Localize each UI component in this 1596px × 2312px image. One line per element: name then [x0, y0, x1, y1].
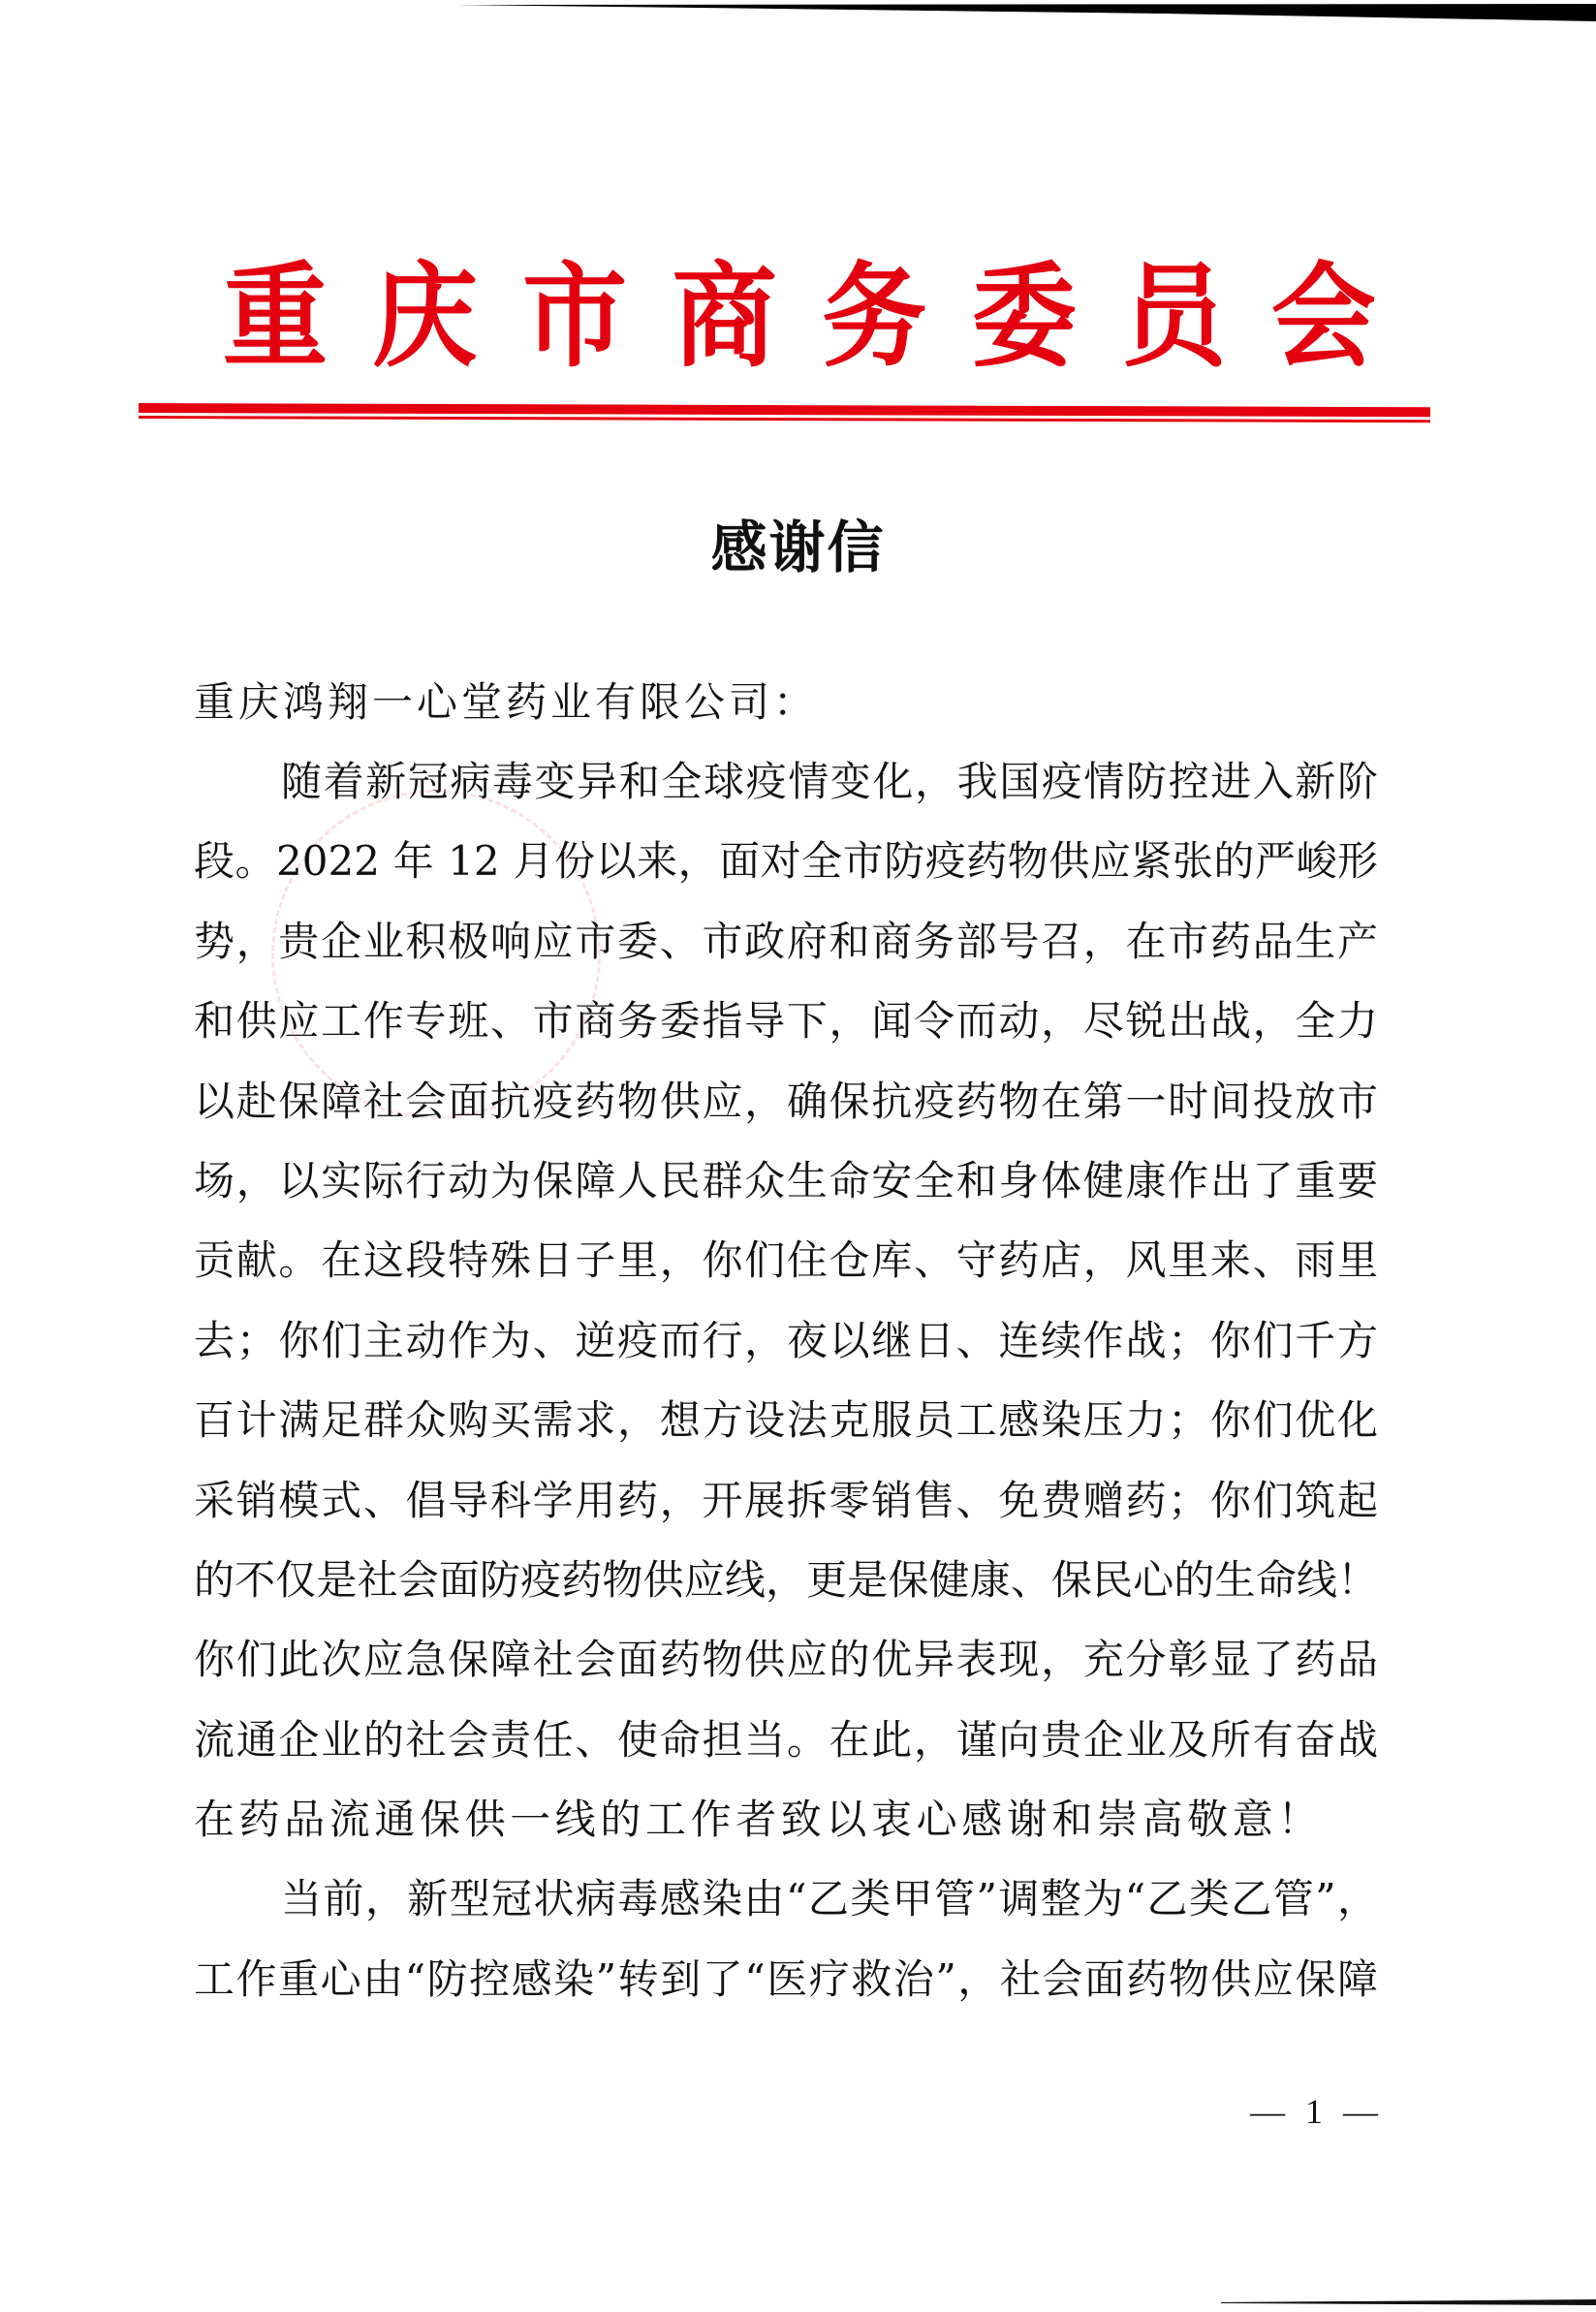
- body-line: 工作重心由“防控感染”转到了“医疗救治”，社会面药物供应保障: [194, 1955, 1378, 2035]
- body-line: 随着新冠病毒变异和全球疫情变化，我国疫情防控进入新阶: [194, 758, 1378, 837]
- letterhead-char: 庆: [368, 261, 483, 374]
- body-line: 去；你们主动作为、逆疫而行，夜以继日、连续作战；你们千方: [194, 1317, 1378, 1396]
- letterhead-char: 务: [817, 261, 931, 374]
- letterhead-char: 重: [218, 261, 332, 374]
- letterhead-char: 委: [967, 261, 1081, 374]
- body-line: 采销模式、倡导科学用药，开展拆零销售、免费赠药；你们筑起: [194, 1477, 1378, 1556]
- page-number: — 1 —: [1250, 2091, 1384, 2132]
- letterhead-char: 员: [1116, 261, 1231, 374]
- body-line: 以赴保障社会面抗疫药物供应，确保抗疫药物在第一时间投放市: [194, 1078, 1378, 1157]
- letterhead-char: 会: [1267, 261, 1381, 374]
- body-line: 势，贵企业积极响应市委、市政府和商务部号召，在市药品生产: [194, 918, 1378, 997]
- body-line: 段。2022 年 12 月份以来，面对全市防疫药物供应紧张的严峻形: [194, 837, 1378, 917]
- letterhead-rule-thick: [139, 403, 1430, 417]
- body-line: 流通企业的社会责任、使命担当。在此，谨向贵企业及所有奋战: [194, 1716, 1378, 1796]
- scan-edge-bottom: [1221, 2296, 1596, 2306]
- letterhead-title: 重 庆 市 商 务 委 员 会: [218, 249, 1381, 385]
- body-line: 和供应工作专班、市商务委指导下，闻令而动，尽锐出战，全力: [194, 997, 1378, 1077]
- letterhead-char: 商: [668, 261, 782, 374]
- body-line: 百计满足群众购买需求，想方设法克服员工感染压力；你们优化: [194, 1396, 1378, 1476]
- letterhead-char: 市: [517, 261, 632, 374]
- document-heading: 感谢信: [0, 502, 1596, 583]
- body-line: 贡献。在这段特殊日子里，你们住仓库、守药店，风里来、雨里: [194, 1236, 1378, 1316]
- body-line: 当前，新型冠状病毒感染由“乙类甲管”调整为“乙类乙管”，: [194, 1875, 1378, 1954]
- letter-body: 随着新冠病毒变异和全球疫情变化，我国疫情防控进入新阶 段。2022 年 12 月…: [194, 758, 1378, 2035]
- body-line: 你们此次应急保障社会面药物供应的优异表现，充分彰显了药品: [194, 1636, 1378, 1715]
- body-line: 的不仅是社会面防疫药物供应线，更是保健康、保民心的生命线！: [194, 1556, 1378, 1636]
- body-line: 场，以实际行动为保障人民群众生命安全和身体健康作出了重要: [194, 1157, 1378, 1236]
- scan-edge-top: [0, 0, 1596, 23]
- salutation: 重庆鸿翔一心堂药业有限公司：: [194, 678, 818, 727]
- body-line: 在药品流通保供一线的工作者致以衷心感谢和崇高敬意！: [194, 1796, 1378, 1875]
- letterhead-rule-thin: [139, 416, 1430, 422]
